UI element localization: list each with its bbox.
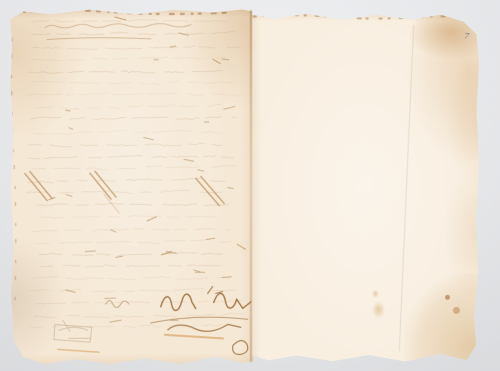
right-page: 7 xyxy=(250,13,480,363)
left-page xyxy=(9,7,254,365)
left-edge-foxing xyxy=(11,39,16,309)
left-page-overlay xyxy=(9,7,254,365)
manuscript-spread: 7 xyxy=(0,0,500,371)
center-fold xyxy=(250,10,252,362)
heading-line xyxy=(45,23,191,39)
signature-flourishes xyxy=(54,286,252,355)
faded-handwriting xyxy=(25,19,244,328)
vertical-crease xyxy=(399,25,413,351)
folio-number: 7 xyxy=(463,32,470,42)
strike-marks xyxy=(24,16,245,255)
top-edge-foxing xyxy=(254,15,476,20)
right-page-overlay: 7 xyxy=(250,13,480,363)
stain-dots xyxy=(445,295,460,314)
photo-backdrop: 7 xyxy=(0,0,500,371)
top-edge-foxing xyxy=(13,9,233,15)
